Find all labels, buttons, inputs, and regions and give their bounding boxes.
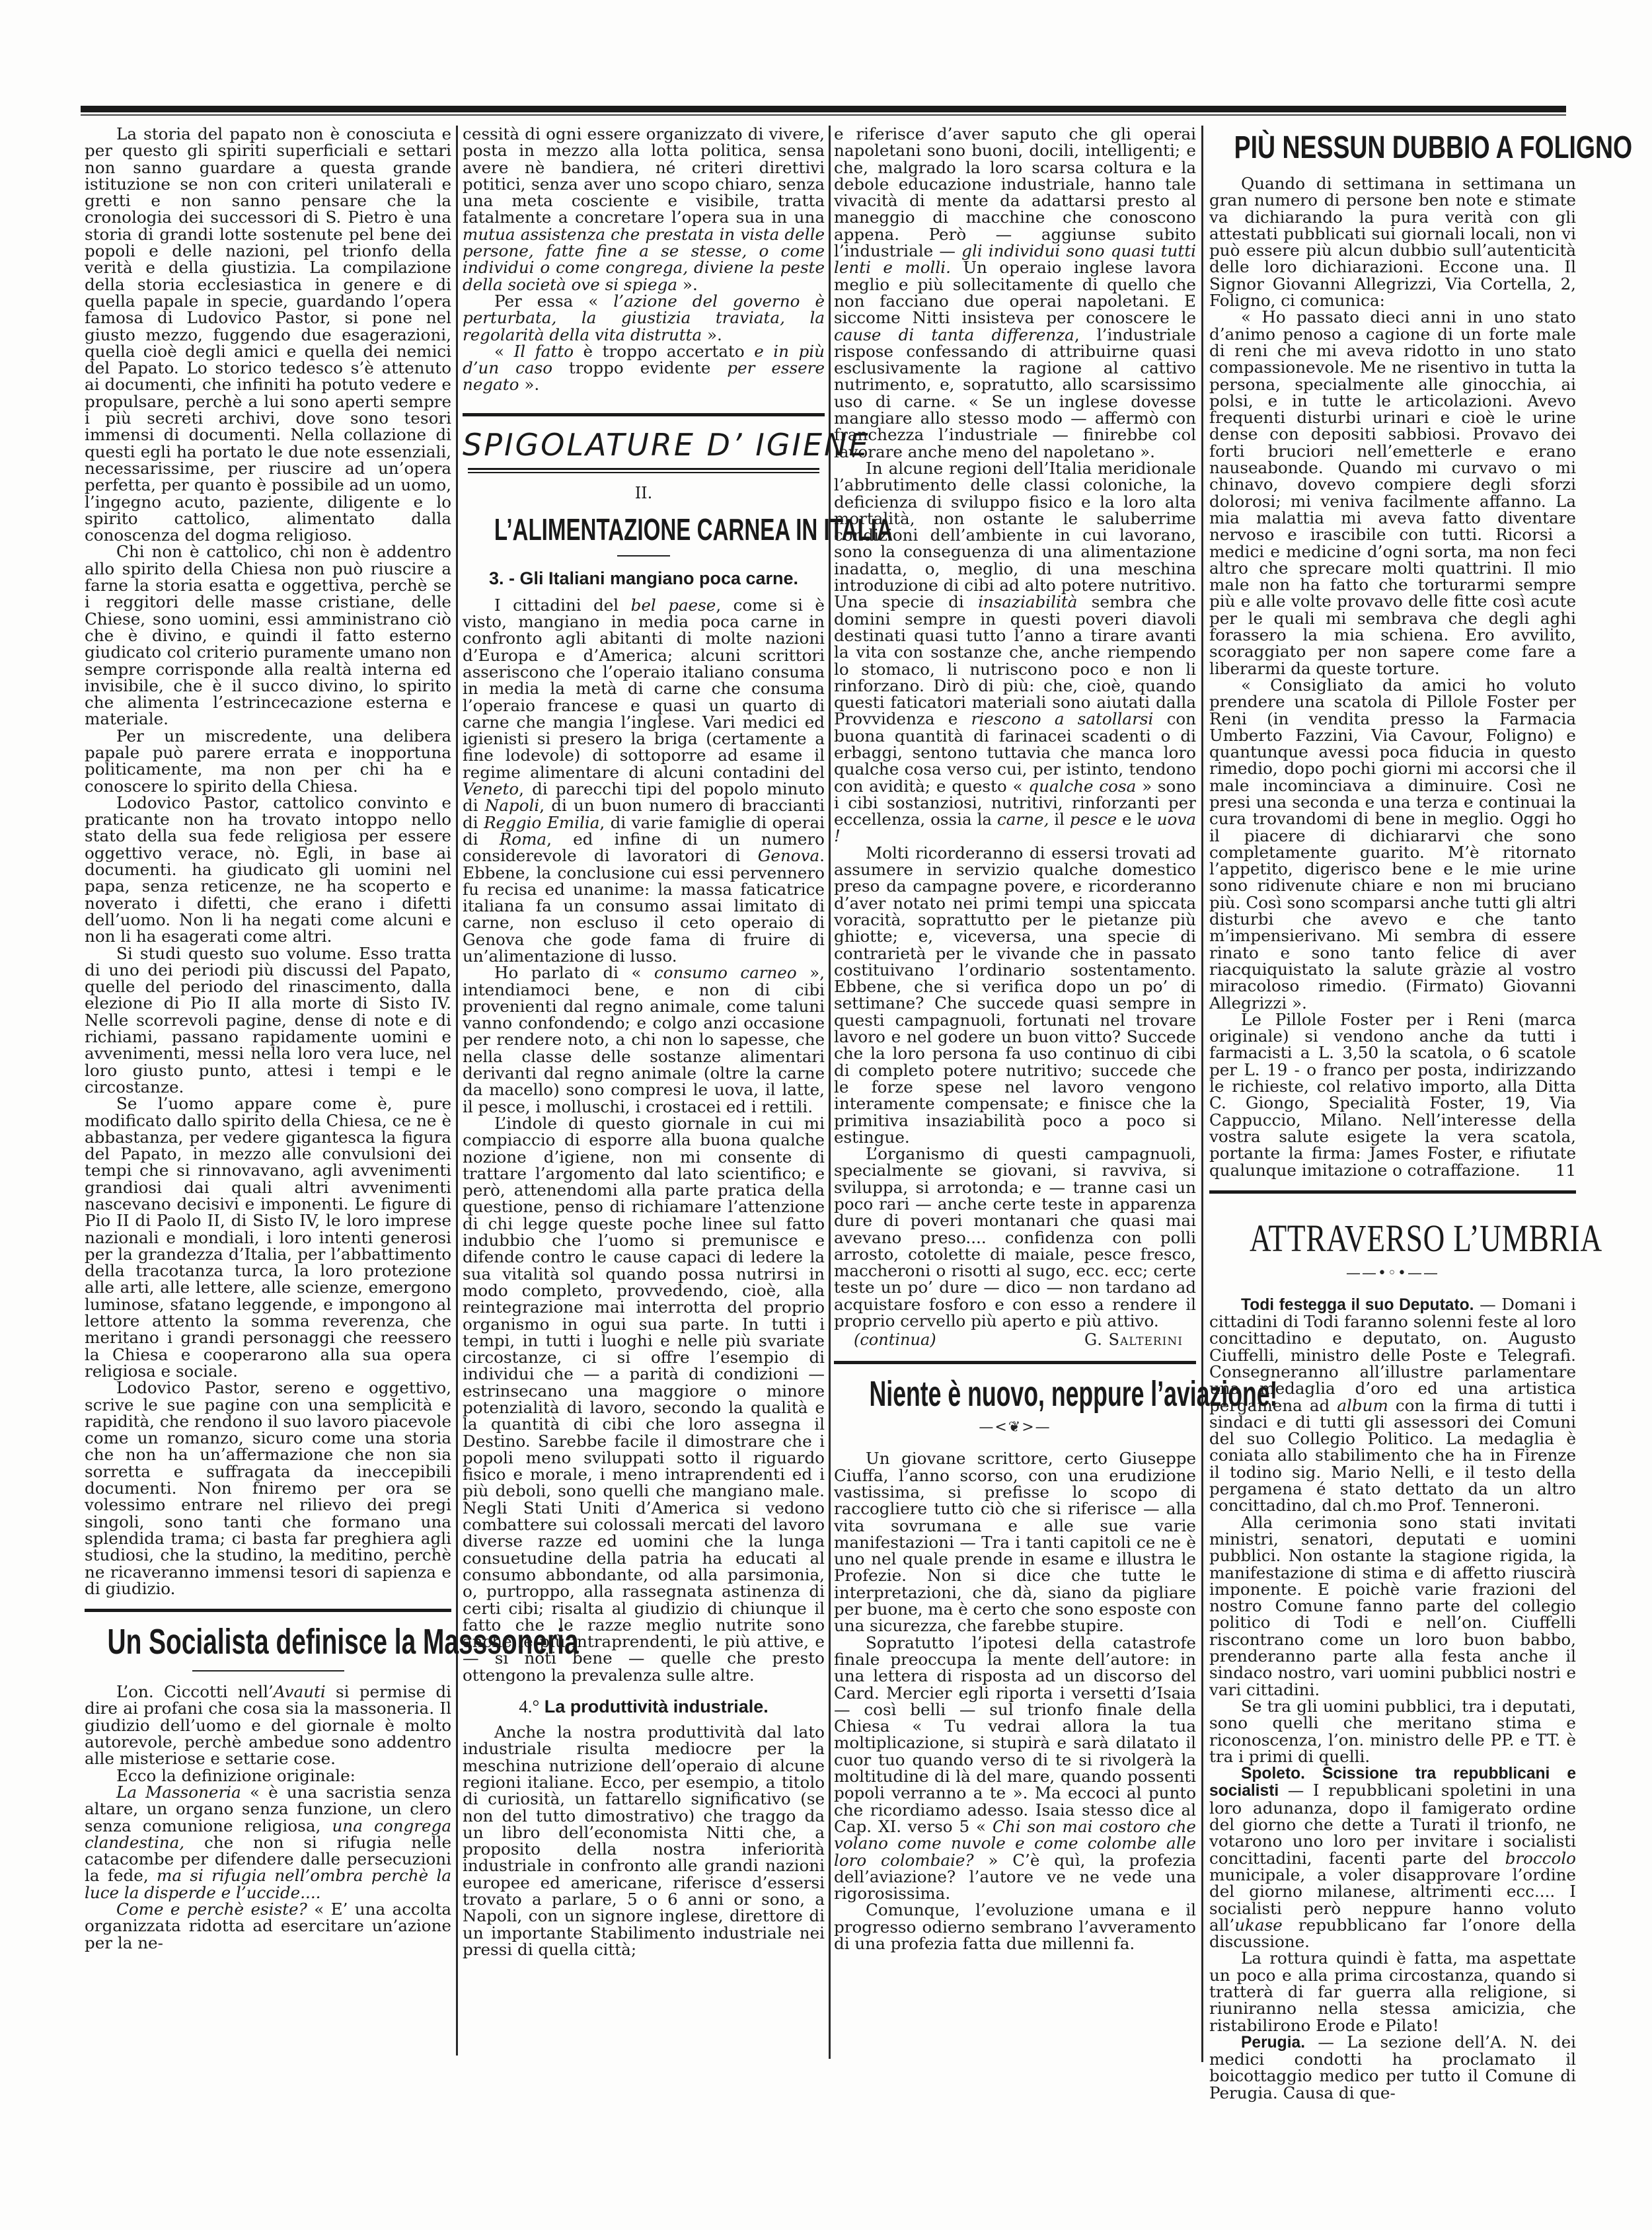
- paragraph: Comunque, l’evoluzione umana e il progre…: [834, 1902, 1196, 1952]
- column-3: e riferisce d’aver saputo che gli operai…: [834, 126, 1196, 1952]
- article-title: Niente è nuovo, neppure l’aviazione!: [870, 1373, 1161, 1414]
- paragraph: e riferisce d’aver saputo che gli operai…: [834, 126, 1196, 460]
- article-title: PIÙ NESSUN DUBBIO A FOLIGNO: [1234, 130, 1552, 166]
- paragraph: La storia del papato non è conosciuta e …: [85, 126, 451, 543]
- paragraph: Lodovico Pastor, sereno e oggettivo, scr…: [85, 1379, 451, 1597]
- article-massoneria: Un Socialista definisce la Masssoneria L…: [85, 1621, 451, 1951]
- newspaper-page: La storia del papato non è conosciuta e …: [0, 0, 1652, 2230]
- paragraph: L’indole di questo giornale in cui mi co…: [463, 1115, 825, 1683]
- paragraph: L’organismo di questi campagnuoli, speci…: [834, 1145, 1196, 1329]
- article-title: L’ALIMENTAZIONE CARNEA IN ITALIA: [494, 512, 793, 547]
- author-name: G. Salterini: [1084, 1330, 1183, 1349]
- article-umbria: ATTRAVERSO L’UMBRIA ——•◦•—— Todi festegg…: [1209, 1216, 1576, 2101]
- continued-note: (continua): [854, 1330, 936, 1349]
- news-item-spoleto: Spoleto. Scissione tra repubblicani e so…: [1209, 1765, 1576, 1950]
- paragraph: L’on. Ciccotti nell’Avauti si permise di…: [85, 1683, 451, 1767]
- paragraph: Si studi questo suo volume. Esso tratta …: [85, 945, 451, 1096]
- paragraph: Quando di settimana in settimana un gran…: [1209, 175, 1576, 309]
- paragraph: Lodovico Pastor, cattolico convinto e pr…: [85, 794, 451, 945]
- article-igiene-continued: e riferisce d’aver saputo che gli operai…: [834, 126, 1196, 1349]
- paragraph: Ecco la definizione originale:: [85, 1767, 451, 1784]
- paragraph: La Massoneria « è una sacristia senza al…: [85, 1784, 451, 1901]
- column-4: PIÙ NESSUN DUBBIO A FOLIGNO Quando di se…: [1209, 126, 1576, 2101]
- paragraph: Ho parlato di « consumo carneo », intend…: [463, 964, 825, 1115]
- column-divider: [456, 126, 458, 2056]
- article-aviazione: Niente è nuovo, neppure l’aviazione! —<❦…: [834, 1373, 1196, 1952]
- paragraph: Molti ricorderanno di essersi trovati ad…: [834, 845, 1196, 1145]
- column-1: La storia del papato non è conosciuta e …: [85, 126, 451, 1951]
- masthead-rule: [81, 106, 1566, 112]
- section-rule: [1209, 1190, 1576, 1194]
- section-rule: [834, 1361, 1196, 1364]
- paragraph: « Il fatto è troppo accertato e in più d…: [463, 343, 825, 393]
- paragraph: Come e perchè esiste? « E’ una accolta o…: [85, 1901, 451, 1951]
- column-divider: [829, 126, 831, 2059]
- paragraph: Anche la nostra produttività dal lato in…: [463, 1724, 825, 1958]
- column-divider: [1201, 126, 1203, 2062]
- masthead-rule-thin: [81, 114, 1566, 116]
- paragraph: Un giovane scrittore, certo Giuseppe Ciu…: [834, 1450, 1196, 1634]
- ad-number: 11: [1524, 1162, 1576, 1178]
- news-item-todi: Todi festegga il suo Deputato. — Domani …: [1209, 1296, 1576, 1514]
- section-rule: [463, 413, 825, 416]
- paragraph: I cittadini del bel paese, come si è vis…: [463, 597, 825, 965]
- title-underline: [617, 555, 670, 557]
- section-title: ATTRAVERSO L’UMBRIA: [1250, 1216, 1536, 1260]
- subheading: 4.° La produttività industriale.: [463, 1697, 825, 1717]
- paragraph: Le Pillole Foster per i Reni (marca orig…: [1209, 1011, 1576, 1178]
- paragraph: Alla cerimonia sono stati invitati minis…: [1209, 1514, 1576, 1698]
- paragraph: Per un miscredente, una delibera papale …: [85, 728, 451, 794]
- ornament-divider: —<❦>—: [834, 1420, 1196, 1436]
- article-papato: La storia del papato non è conosciuta e …: [85, 126, 451, 1597]
- part-number: II.: [463, 484, 825, 502]
- section-rule: [85, 1609, 451, 1612]
- paragraph: Chi non è cattolico, chi non è addentro …: [85, 543, 451, 727]
- paragraph: « Consigliato da amici ho voluto prender…: [1209, 677, 1576, 1011]
- column-2: cessità di ogni essere organizzato di vi…: [463, 126, 825, 1958]
- double-rule: [468, 468, 819, 473]
- subheading: 3. - Gli Italiani mangiano poca carne.: [463, 568, 825, 589]
- paragraph: Per essa « l’azione del governo è pertur…: [463, 293, 825, 343]
- paragraph: Se tra gli uomini pubblici, tra i deputa…: [1209, 1698, 1576, 1765]
- article-massoneria-continued: cessità di ogni essere organizzato di vi…: [463, 126, 825, 393]
- title-underline: [192, 1670, 344, 1672]
- news-item-perugia: Perugia. — La sezione dell’A. N. dei med…: [1209, 2034, 1576, 2101]
- article-title: Un Socialista definisce la Masssoneria: [107, 1621, 428, 1662]
- paragraph: cessità di ogni essere organizzato di vi…: [463, 126, 825, 293]
- paragraph: La rottura quindi è fatta, ma aspettate …: [1209, 1950, 1576, 2033]
- ornament-divider: ——•◦•——: [1209, 1266, 1576, 1282]
- paragraph: « Ho passato dieci anni in uno stato d’a…: [1209, 309, 1576, 677]
- article-foligno-advertisement: PIÙ NESSUN DUBBIO A FOLIGNO Quando di se…: [1209, 130, 1576, 1178]
- signature-line: (continua) G. Salterini: [854, 1330, 1183, 1349]
- section-title: SPIGOLATURE D’ IGIENE: [463, 427, 825, 463]
- paragraph: Sopratutto l’ipotesi della catastrofe fi…: [834, 1634, 1196, 1902]
- paragraph: Se l’uomo appare come è, pure modificato…: [85, 1095, 451, 1379]
- article-igiene: SPIGOLATURE D’ IGIENE II. L’ALIMENTAZION…: [463, 427, 825, 1958]
- paragraph: In alcune regioni dell’Italia meridional…: [834, 460, 1196, 845]
